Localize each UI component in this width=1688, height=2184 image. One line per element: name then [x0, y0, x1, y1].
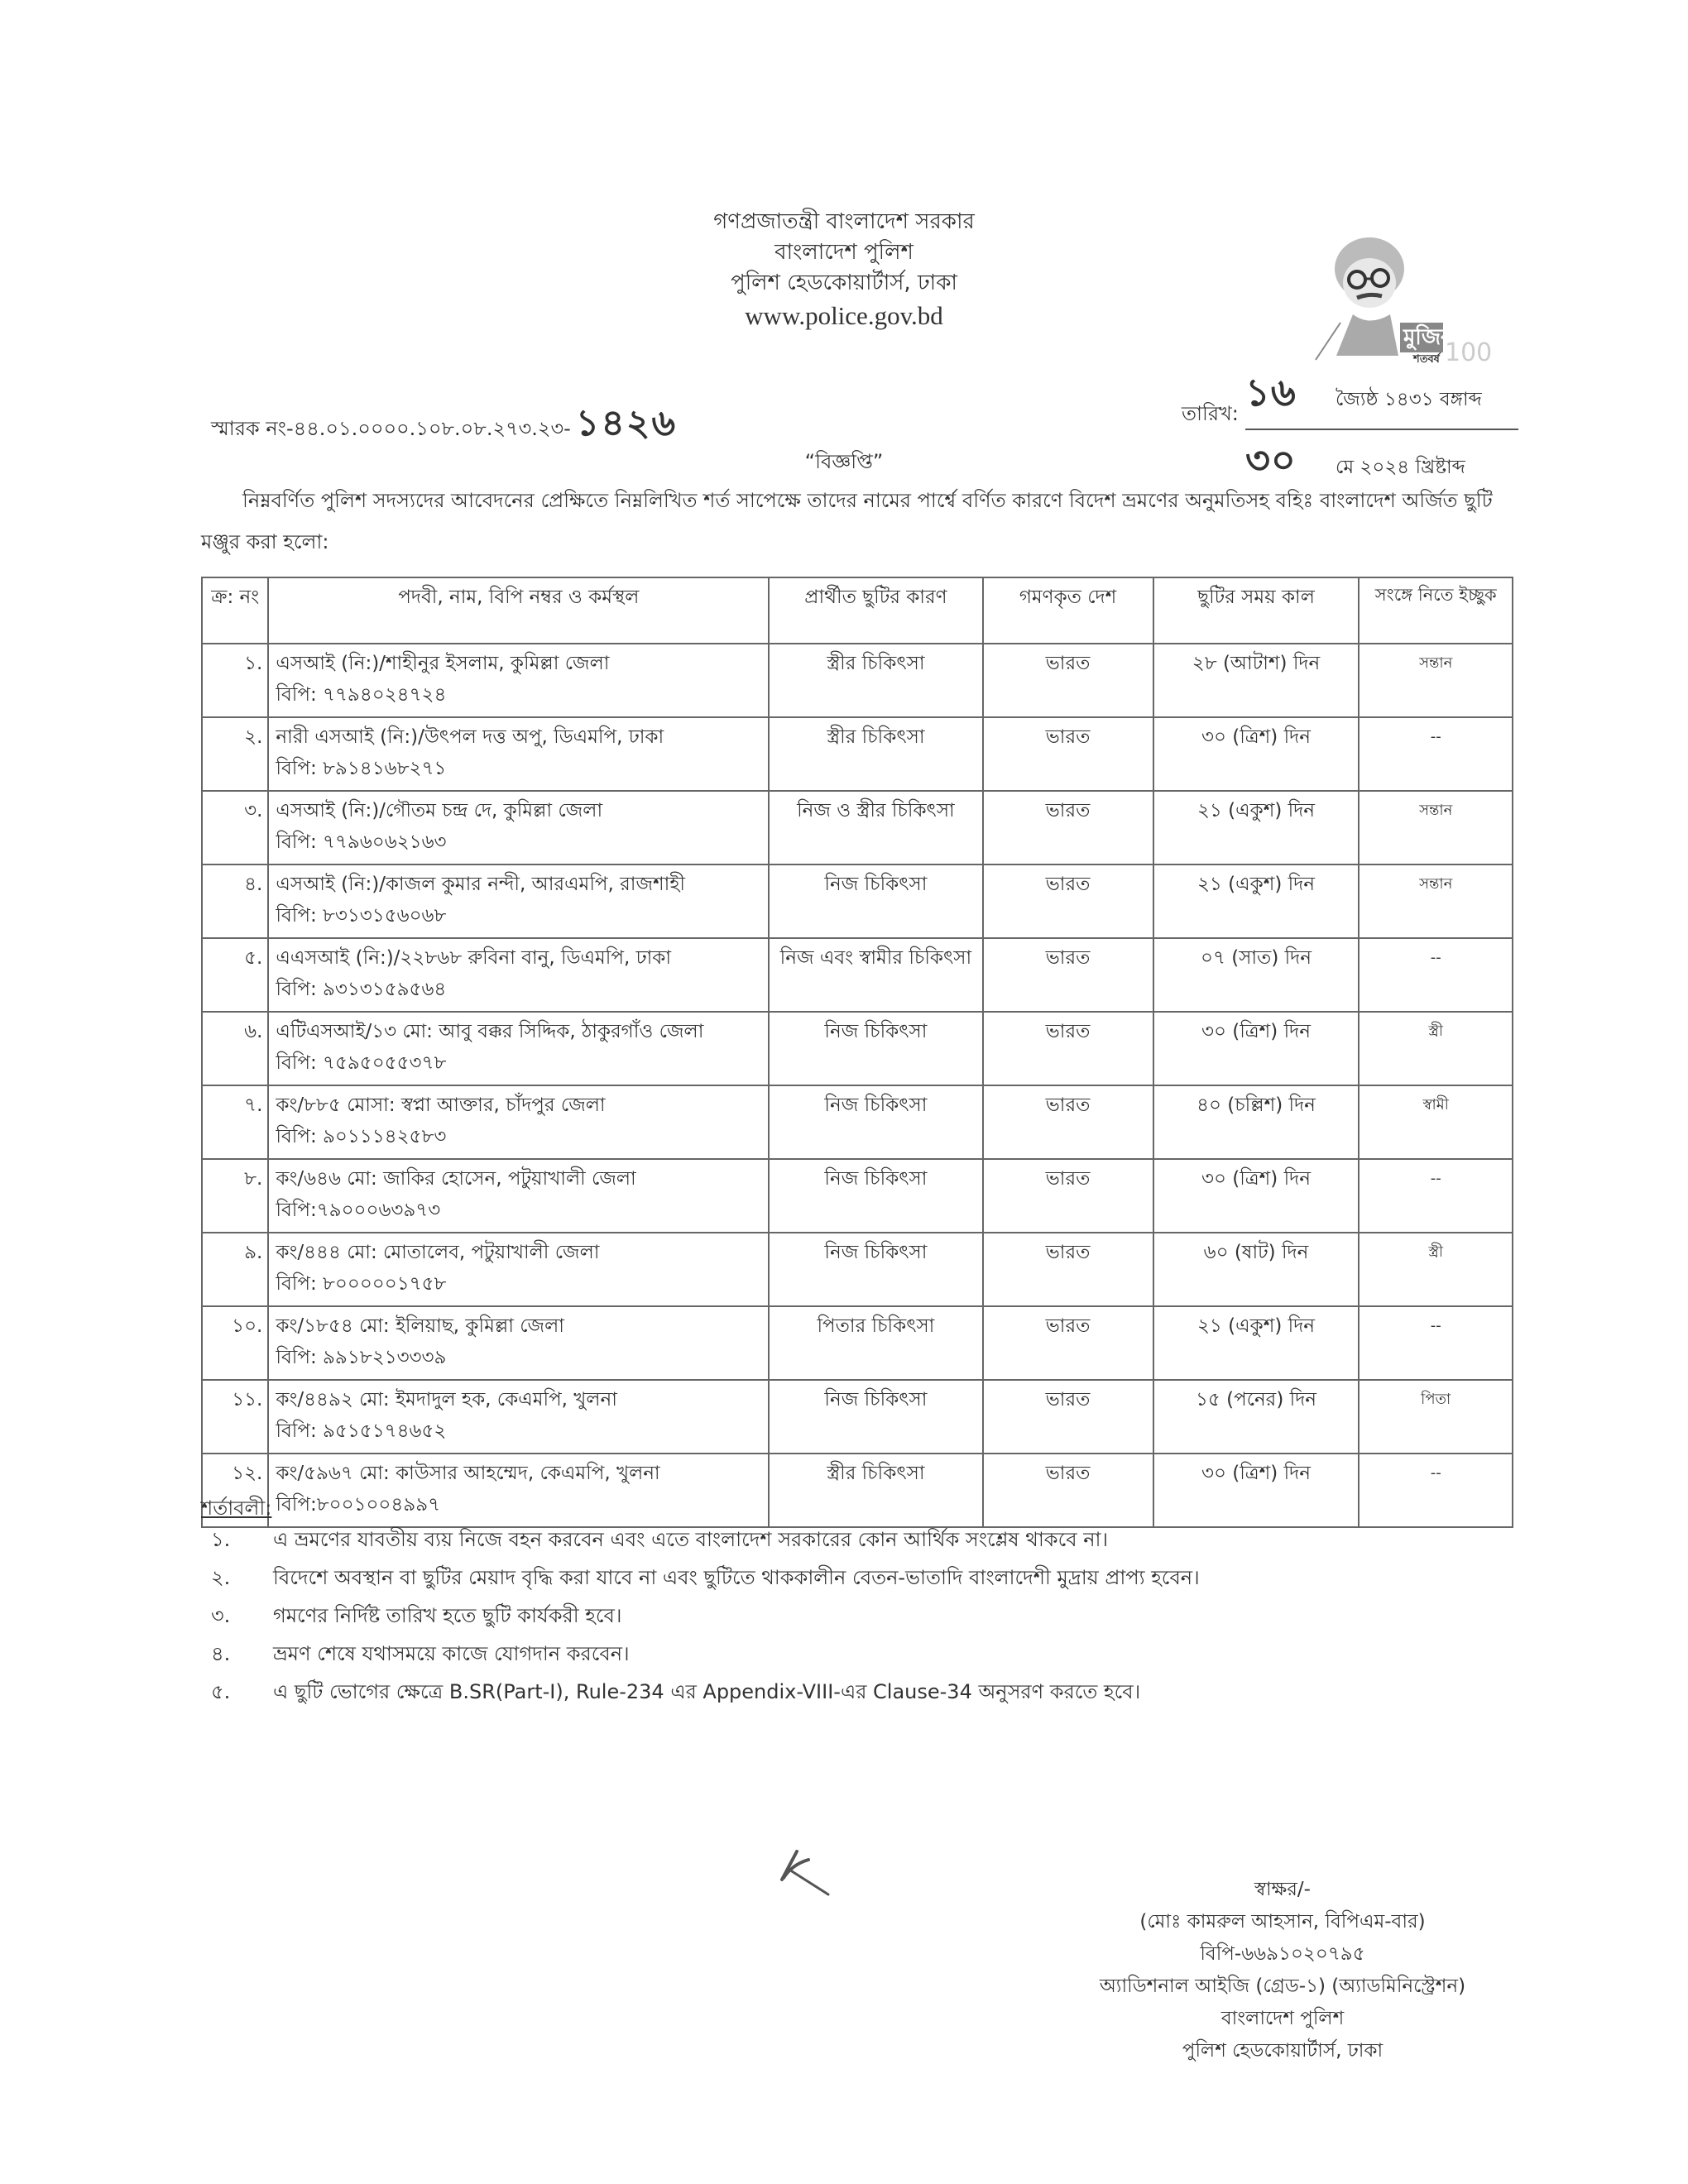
cell-country: ভারত [983, 717, 1153, 791]
condition-number: ১. [211, 1525, 273, 1558]
organization-name: বাংলাদেশ পুলিশ [579, 237, 1109, 268]
cell-serial: ৬. [202, 1012, 268, 1085]
header-serial: ক্র: নং [202, 577, 268, 644]
cell-name: কং/৫৯৬৭ মো: কাউসার আহম্মেদ, কেএমপি, খুলন… [268, 1454, 769, 1527]
member-name: নারী এসআই (নি:)/উৎপল দত্ত অপু, ডিএমপি, ঢ… [276, 721, 761, 753]
header-country: গমণকৃত দেশ [983, 577, 1153, 644]
table-row: ৯.কং/৪৪৪ মো: মোতালেব, পটুয়াখালী জেলাবিপ… [202, 1233, 1513, 1306]
office-name: পুলিশ হেডকোয়ার্টার্স, ঢাকা [579, 268, 1109, 299]
bengali-date: ১৬ জ্যৈষ্ঠ ১৪৩১ বঙ্গাব্দ [1245, 364, 1510, 427]
cell-name: এএসআই (নি:)/২২৮৬৮ রুবিনা বানু, ডিএমপি, ঢ… [268, 938, 769, 1012]
cell-period: ৬০ (ষাট) দিন [1153, 1233, 1360, 1306]
memo-handwritten-number: ১৪২৬ [576, 402, 677, 444]
cell-companion: -- [1359, 1454, 1513, 1527]
intro-paragraph: নিম্নবর্ণিত পুলিশ সদস্যদের আবেদনের প্রেক… [201, 480, 1517, 563]
cell-companion: স্ত্রী [1359, 1233, 1513, 1306]
member-bp-number: বিপি: ৭৫৯৫০৫৫৩৭৮ [276, 1047, 761, 1079]
signed-label: স্বাক্ষর/- [1043, 1874, 1523, 1906]
cell-companion: স্ত্রী [1359, 1012, 1513, 1085]
cell-name: এটিএসআই/১৩ মো: আবু বক্কর সিদ্দিক, ঠাকুরগ… [268, 1012, 769, 1085]
letterhead: গণপ্রজাতন্ত্রী বাংলাদেশ সরকার বাংলাদেশ প… [579, 207, 1109, 331]
cell-country: ভারত [983, 1159, 1153, 1233]
cell-serial: ১১. [202, 1380, 268, 1454]
cell-name: কং/৪৪৯২ মো: ইমদাদুল হক, কেএমপি, খুলনাবিপ… [268, 1380, 769, 1454]
member-name: এসআই (নি:)/কাজল কুমার নন্দী, আরএমপি, রাজ… [276, 869, 761, 900]
cell-reason: স্ত্রীর চিকিৎসা [769, 644, 982, 717]
cell-serial: ২. [202, 717, 268, 791]
member-bp-number: বিপি: ৯৫১৫১৭৪৬৫২ [276, 1415, 761, 1447]
condition-text: গমণের নির্দিষ্ট তারিখ হতে ছুটি কার্যকরী … [273, 1601, 621, 1634]
signatory-designation: অ্যাডিশনাল আইজি (গ্রেড-১) (অ্যাডমিনিস্ট্… [1043, 1971, 1523, 2003]
cell-serial: ১. [202, 644, 268, 717]
cell-companion: সন্তান [1359, 864, 1513, 938]
date-divider [1245, 429, 1518, 430]
date-label: তারিখ: [1182, 399, 1239, 432]
member-name: কং/৪৪৪ মো: মোতালেব, পটুয়াখালী জেলা [276, 1237, 761, 1268]
member-bp-number: বিপি:৭৯০০০৬৩৯৭৩ [276, 1195, 761, 1226]
condition-text: বিদেশে অবস্থান বা ছুটির মেয়াদ বৃদ্ধি কর… [273, 1563, 1200, 1596]
cell-country: ভারত [983, 1306, 1153, 1380]
condition-item: ২.বিদেশে অবস্থান বা ছুটির মেয়াদ বৃদ্ধি … [211, 1560, 1502, 1598]
cell-period: ২৮ (আটাশ) দিন [1153, 644, 1360, 717]
signature-block: স্বাক্ষর/- (মোঃ কামরুল আহসান, বিপিএম-বার… [1043, 1874, 1523, 2067]
table-row: ৩.এসআই (নি:)/গৌতম চন্দ্র দে, কুমিল্লা জে… [202, 791, 1513, 864]
cell-country: ভারত [983, 1380, 1153, 1454]
condition-number: ৪. [211, 1639, 273, 1672]
condition-text: এ ছুটি ভোগের ক্ষেত্রে B.SR(Part-I), Rule… [273, 1677, 1140, 1710]
cell-period: ২১ (একুশ) দিন [1153, 864, 1360, 938]
cell-period: ২১ (একুশ) দিন [1153, 791, 1360, 864]
cell-country: ভারত [983, 1012, 1153, 1085]
cell-name: এসআই (নি:)/কাজল কুমার নন্দী, আরএমপি, রাজ… [268, 864, 769, 938]
cell-reason: নিজ চিকিৎসা [769, 1012, 982, 1085]
condition-number: ৫. [211, 1677, 273, 1710]
cell-period: ০৭ (সাত) দিন [1153, 938, 1360, 1012]
website-link[interactable]: www.police.gov.bd [579, 300, 1109, 331]
condition-item: ৫.এ ছুটি ভোগের ক্ষেত্রে B.SR(Part-I), Ru… [211, 1674, 1502, 1712]
cell-country: ভারত [983, 864, 1153, 938]
cell-serial: ৪. [202, 864, 268, 938]
conditions-list: ১.এ ভ্রমণের যাবতীয় ব্যয় নিজে বহন করবেন… [211, 1522, 1502, 1712]
cell-serial: ৯. [202, 1233, 268, 1306]
leave-table: ক্র: নং পদবী, নাম, বিপি নম্বর ও কর্মস্থল… [201, 577, 1513, 1528]
cell-period: ৩০ (ত্রিশ) দিন [1153, 717, 1360, 791]
cell-reason: স্ত্রীর চিকিৎসা [769, 1454, 982, 1527]
member-name: কং/৫৯৬৭ মো: কাউসার আহম্মেদ, কেএমপি, খুলন… [276, 1458, 761, 1489]
bengali-date-day: ১৬ [1245, 364, 1324, 427]
member-bp-number: বিপি: ৯০১১১৪২৫৮৩ [276, 1121, 761, 1152]
table-row: ৫.এএসআই (নি:)/২২৮৬৮ রুবিনা বানু, ডিএমপি,… [202, 938, 1513, 1012]
member-bp-number: বিপি: ৯৯১৮২১৩৩৩৯ [276, 1342, 761, 1373]
conditions-title: শর্তাবলী: [201, 1493, 271, 1526]
condition-item: ১.এ ভ্রমণের যাবতীয় ব্যয় নিজে বহন করবেন… [211, 1522, 1502, 1560]
cell-serial: ৩. [202, 791, 268, 864]
cell-companion: সন্তান [1359, 791, 1513, 864]
cell-companion: স্বামী [1359, 1085, 1513, 1159]
cell-reason: নিজ চিকিৎসা [769, 1380, 982, 1454]
member-bp-number: বিপি: ৮০০০০০১৭৫৮ [276, 1268, 761, 1300]
cell-companion: -- [1359, 1159, 1513, 1233]
cell-name: কং/৪৪৪ মো: মোতালেব, পটুয়াখালী জেলাবিপি:… [268, 1233, 769, 1306]
member-name: এসআই (নি:)/গৌতম চন্দ্র দে, কুমিল্লা জেলা [276, 795, 761, 826]
cell-period: ৩০ (ত্রিশ) দিন [1153, 1012, 1360, 1085]
header-companion: সংঙ্গে নিতে ইচ্ছুক [1359, 577, 1513, 644]
condition-item: ৪.ভ্রমণ শেষে যথাসময়ে কাজে যোগদান করবেন। [211, 1636, 1502, 1674]
cell-serial: ৭. [202, 1085, 268, 1159]
cell-period: ২১ (একুশ) দিন [1153, 1306, 1360, 1380]
cell-serial: ১০. [202, 1306, 268, 1380]
cell-reason: পিতার চিকিৎসা [769, 1306, 982, 1380]
cell-name: কং/৮৮৫ মোসা: স্বপ্না আক্তার, চাঁদপুর জেল… [268, 1085, 769, 1159]
cell-period: ৪০ (চল্লিশ) দিন [1153, 1085, 1360, 1159]
member-name: এটিএসআই/১৩ মো: আবু বক্কর সিদ্দিক, ঠাকুরগ… [276, 1016, 761, 1047]
member-bp-number: বিপি: ৮৯১৪১৬৮২৭১ [276, 753, 761, 784]
member-bp-number: বিপি:৮০০১০০৪৯৯৭ [276, 1489, 761, 1521]
table-row: ৬.এটিএসআই/১৩ মো: আবু বক্কর সিদ্দিক, ঠাকু… [202, 1012, 1513, 1085]
header-name: পদবী, নাম, বিপি নম্বর ও কর্মস্থল [268, 577, 769, 644]
cell-country: ভারত [983, 1454, 1153, 1527]
cell-serial: ৫. [202, 938, 268, 1012]
cell-country: ভারত [983, 644, 1153, 717]
member-name: কং/১৮৫৪ মো: ইলিয়াছ, কুমিল্লা জেলা [276, 1310, 761, 1342]
mujib-centenary-logo-icon: মুজিব শতবর্ষ 100 [1291, 223, 1514, 368]
cell-reason: স্ত্রীর চিকিৎসা [769, 717, 982, 791]
cell-country: ভারত [983, 791, 1153, 864]
table-row: ২.নারী এসআই (নি:)/উৎপল দত্ত অপু, ডিএমপি,… [202, 717, 1513, 791]
cell-period: ৩০ (ত্রিশ) দিন [1153, 1454, 1360, 1527]
cell-country: ভারত [983, 1085, 1153, 1159]
cell-name: এসআই (নি:)/শাহীনুর ইসলাম, কুমিল্লা জেলাব… [268, 644, 769, 717]
cell-period: ৩০ (ত্রিশ) দিন [1153, 1159, 1360, 1233]
cell-serial: ৮. [202, 1159, 268, 1233]
member-bp-number: বিপি: ৮৩১৩১৫৬০৬৮ [276, 900, 761, 932]
government-name: গণপ্রজাতন্ত্রী বাংলাদেশ সরকার [579, 207, 1109, 237]
cell-reason: নিজ চিকিৎসা [769, 1233, 982, 1306]
cell-country: ভারত [983, 938, 1153, 1012]
notice-title: “বিজ্ঞপ্তি” [0, 447, 1688, 480]
cell-companion: সন্তান [1359, 644, 1513, 717]
member-bp-number: বিপি: ৭৭৯৪০২৪৭২৪ [276, 679, 761, 711]
cell-companion: পিতা [1359, 1380, 1513, 1454]
cell-reason: নিজ ও স্ত্রীর চিকিৎসা [769, 791, 982, 864]
cell-name: এসআই (নি:)/গৌতম চন্দ্র দে, কুমিল্লা জেলা… [268, 791, 769, 864]
svg-text:100: 100 [1445, 338, 1492, 367]
member-name: এসআই (নি:)/শাহীনুর ইসলাম, কুমিল্লা জেলা [276, 648, 761, 679]
cell-name: কং/১৮৫৪ মো: ইলিয়াছ, কুমিল্লা জেলাবিপি: … [268, 1306, 769, 1380]
table-row: ৭.কং/৮৮৫ মোসা: স্বপ্না আক্তার, চাঁদপুর জ… [202, 1085, 1513, 1159]
condition-text: এ ভ্রমণের যাবতীয় ব্যয় নিজে বহন করবেন এ… [273, 1525, 1108, 1558]
cell-companion: -- [1359, 717, 1513, 791]
member-name: কং/৪৪৯২ মো: ইমদাদুল হক, কেএমপি, খুলনা [276, 1384, 761, 1415]
condition-number: ৩. [211, 1601, 273, 1634]
table-row: ৮.কং/৬৪৬ মো: জাকির হোসেন, পটুয়াখালী জেল… [202, 1159, 1513, 1233]
cell-reason: নিজ চিকিৎসা [769, 1159, 982, 1233]
table-row: ১১.কং/৪৪৯২ মো: ইমদাদুল হক, কেএমপি, খুলনা… [202, 1380, 1513, 1454]
table-header-row: ক্র: নং পদবী, নাম, বিপি নম্বর ও কর্মস্থল… [202, 577, 1513, 644]
signatory-organization: বাংলাদেশ পুলিশ [1043, 2003, 1523, 2035]
cell-name: নারী এসআই (নি:)/উৎপল দত্ত অপু, ডিএমপি, ঢ… [268, 717, 769, 791]
table-row: ১০.কং/১৮৫৪ মো: ইলিয়াছ, কুমিল্লা জেলাবিপ… [202, 1306, 1513, 1380]
table-row: ১২.কং/৫৯৬৭ মো: কাউসার আহম্মেদ, কেএমপি, খ… [202, 1454, 1513, 1527]
table-row: ১.এসআই (নি:)/শাহীনুর ইসলাম, কুমিল্লা জেল… [202, 644, 1513, 717]
cell-name: কং/৬৪৬ মো: জাকির হোসেন, পটুয়াখালী জেলাব… [268, 1159, 769, 1233]
cell-reason: নিজ চিকিৎসা [769, 1085, 982, 1159]
member-name: কং/৮৮৫ মোসা: স্বপ্না আক্তার, চাঁদপুর জেল… [276, 1090, 761, 1121]
signatory-office: পুলিশ হেডকোয়ার্টার্স, ঢাকা [1043, 2035, 1523, 2067]
member-name: এএসআই (নি:)/২২৮৬৮ রুবিনা বানু, ডিএমপি, ঢ… [276, 942, 761, 974]
condition-text: ভ্রমণ শেষে যথাসময়ে কাজে যোগদান করবেন। [273, 1639, 630, 1672]
cell-country: ভারত [983, 1233, 1153, 1306]
header-period: ছুটির সময় কাল [1153, 577, 1360, 644]
cell-companion: -- [1359, 1306, 1513, 1380]
cell-reason: নিজ চিকিৎসা [769, 864, 982, 938]
bengali-date-month-year: জ্যৈষ্ঠ ১৪৩১ বঙ্গাব্দ [1336, 384, 1482, 416]
condition-number: ২. [211, 1563, 273, 1596]
signatory-name: (মোঃ কামরুল আহসান, বিপিএম-বার) [1043, 1906, 1523, 1938]
cell-period: ১৫ (পনের) দিন [1153, 1380, 1360, 1454]
handwritten-initial-icon [774, 1845, 840, 1903]
member-name: কং/৬৪৬ মো: জাকির হোসেন, পটুয়াখালী জেলা [276, 1163, 761, 1195]
signatory-bp: বিপি-৬৬৯১০২০৭৯৫ [1043, 1938, 1523, 1971]
condition-item: ৩.গমণের নির্দিষ্ট তারিখ হতে ছুটি কার্যকর… [211, 1598, 1502, 1636]
header-reason: প্রার্থীত ছুটির কারণ [769, 577, 982, 644]
member-bp-number: বিপি: ৭৭৯৬০৬২১৬৩ [276, 826, 761, 858]
member-bp-number: বিপি: ৯৩১৩১৫৯৫৬৪ [276, 974, 761, 1005]
cell-companion: -- [1359, 938, 1513, 1012]
memo-label: স্মারক নং-৪৪.০১.০০০০.১০৮.০৮.২৭৩.২৩- [211, 417, 571, 440]
table-row: ৪.এসআই (নি:)/কাজল কুমার নন্দী, আরএমপি, র… [202, 864, 1513, 938]
cell-reason: নিজ এবং স্বামীর চিকিৎসা [769, 938, 982, 1012]
